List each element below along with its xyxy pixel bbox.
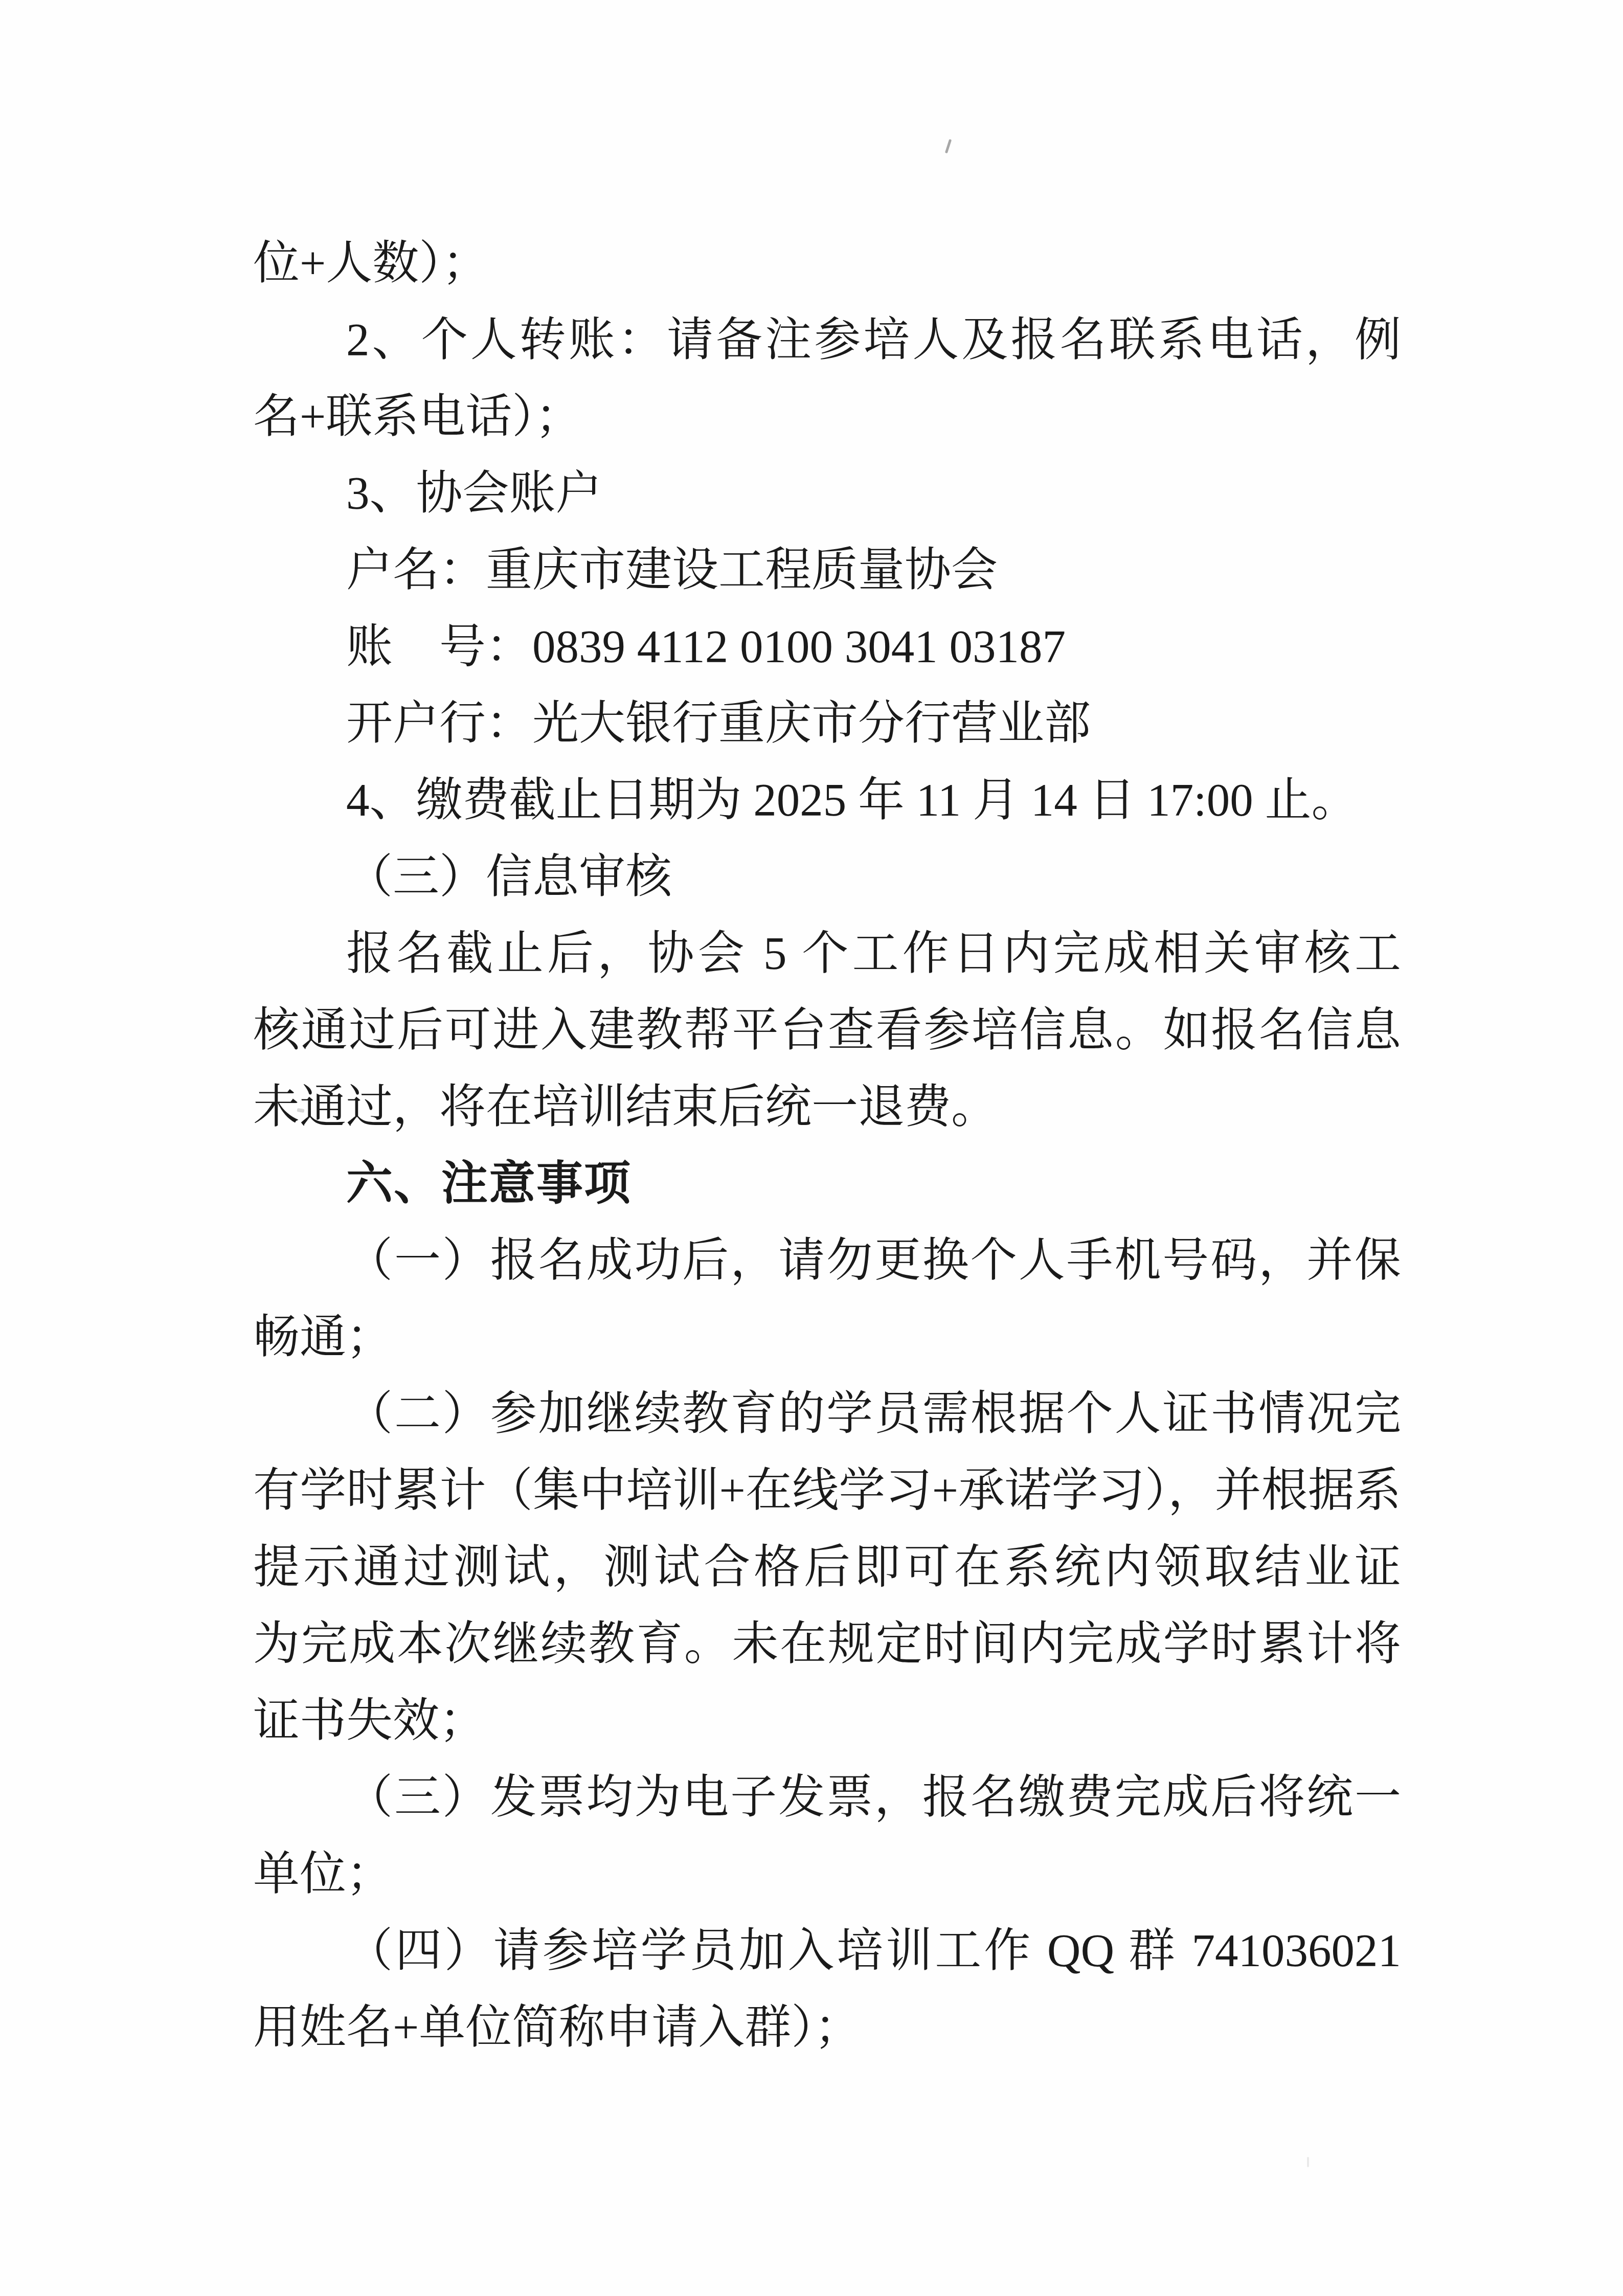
scan-speck: [1307, 2157, 1309, 2167]
scan-speck: [945, 139, 952, 153]
doc-line-account-name: 户名：重庆市建设工程质量协会: [253, 532, 1401, 609]
document-page: 位+人数）； 2、个人转账：请备注参培人及报名联系电话，例（姓 名+联系电话）；…: [0, 0, 1623, 2296]
doc-line-note-3a: （三）发票均为电子发票，报名缴费完成后将统一开票至: [253, 1759, 1401, 1836]
document-body: 位+人数）； 2、个人转账：请备注参培人及报名联系电话，例（姓 名+联系电话）；…: [253, 225, 1401, 2066]
doc-line-note-2d: 为完成本次继续教育。未在规定时间内完成学时累计将导致: [253, 1606, 1401, 1682]
doc-line-personal-transfer: 2、个人转账：请备注参培人及报名联系电话，例（姓: [253, 302, 1401, 378]
doc-line-note-2e: 证书失效；: [253, 1682, 1401, 1759]
doc-line-association-account: 3、协会账户: [253, 455, 1401, 532]
doc-line-note-1b: 畅通；: [253, 1299, 1401, 1376]
doc-line-info-review-heading: （三）信息审核: [253, 839, 1401, 915]
doc-line-note-2c: 提示通过测试，测试合格后即可在系统内领取结业证明，方: [253, 1529, 1401, 1606]
doc-line-note-1a: （一）报名成功后，请勿更换个人手机号码，并保持手机: [253, 1222, 1401, 1299]
doc-line-wrap-unit-count: 位+人数）；: [253, 225, 1401, 302]
doc-line-note-2b: 有学时累计（集中培训+在线学习+承诺学习），并根据系统: [253, 1452, 1401, 1529]
doc-line-payment-deadline: 4、缴费截止日期为 2025 年 11 月 14 日 17:00 止。: [253, 762, 1401, 839]
doc-line-note-4b: 用姓名+单位简称申请入群）；: [253, 1989, 1401, 2066]
doc-line-note-4a: （四）请参培学员加入培训工作 QQ 群 741036021（学员: [253, 1912, 1401, 1989]
doc-line-account-number: 账 号：0839 4112 0100 3041 03187: [253, 609, 1401, 685]
doc-line-bank-branch: 开户行：光大银行重庆市分行营业部: [253, 685, 1401, 762]
doc-line-wrap-name-phone: 名+联系电话）；: [253, 378, 1401, 455]
doc-line-note-3b: 单位；: [253, 1836, 1401, 1912]
doc-line-review-para-1: 报名截止后，协会 5 个工作日内完成相关审核工作，审: [253, 915, 1401, 992]
doc-line-note-2a: （二）参加继续教育的学员需根据个人证书情况完成所: [253, 1376, 1401, 1452]
doc-line-review-para-3: 未通过，将在培训结束后统一退费。: [253, 1069, 1401, 1145]
section-heading-notes: 六、注意事项: [253, 1145, 1401, 1222]
doc-line-review-para-2: 核通过后可进入建教帮平台查看参培信息。如报名信息审核: [253, 992, 1401, 1069]
